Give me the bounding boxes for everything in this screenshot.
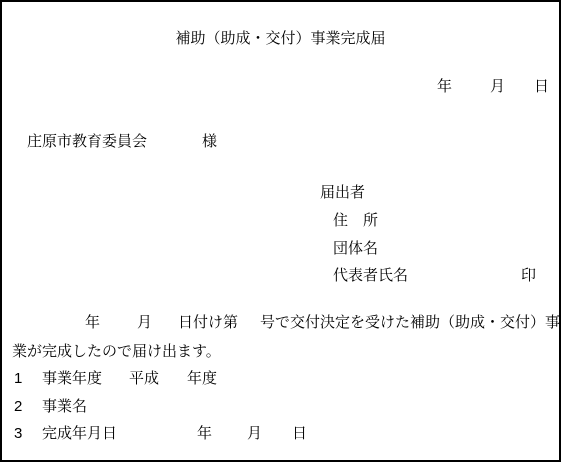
addressee-name: 庄原市教育委員会 [27,133,147,151]
item-number: 3 [14,425,22,443]
body-line-1: 年 月 日付け第 号で交付決定を受けた補助（助成・交付）事 [2,314,559,332]
body-year-label: 年 [85,314,100,332]
addressee-line: 庄原市教育委員会 様 [2,133,559,151]
item-business-name: 2 事業名 [2,398,559,416]
body-line-2: 業が完成したので届け出ます。 [2,343,559,361]
item-label: 事業年度 [42,370,102,388]
organization-label: 団体名 [333,240,378,258]
seal-label: 印 [521,267,536,285]
body-day-prefix: 日付け第 [178,314,238,332]
header-month-label: 月 [490,78,505,96]
notifier-address-line: 住 所 [2,212,559,230]
notifier-representative-line: 代表者氏名 印 [2,267,559,285]
item-month-label: 月 [247,425,262,443]
item-number: 2 [14,398,22,416]
form-page: 補助（助成・交付）事業完成届 年 月 日 庄原市教育委員会 様 届出者 住 所 … [0,0,561,462]
item-year-label: 年 [197,425,212,443]
notifier-heading: 届出者 [320,184,365,202]
document-title: 補助（助成・交付）事業完成届 [2,30,559,48]
header-date-line: 年 月 日 [2,78,559,96]
item-era-label: 平成 [129,370,159,388]
body-line-2-text: 業が完成したので届け出ます。 [12,343,221,361]
item-completion-date: 3 完成年月日 年 月 日 [2,425,559,443]
item-year-suffix: 年度 [187,370,217,388]
body-number-suffix: 号で交付決定を受けた補助（助成・交付）事 [260,314,560,332]
item-number: 1 [14,370,22,388]
address-label: 住 所 [333,212,378,230]
item-label: 完成年月日 [42,425,117,443]
notifier-organization-line: 団体名 [2,240,559,258]
representative-label: 代表者氏名 [333,267,408,285]
body-month-label: 月 [137,314,152,332]
item-business-year: 1 事業年度 平成 年度 [2,370,559,388]
notifier-heading-line: 届出者 [2,184,559,202]
item-day-label: 日 [292,425,307,443]
item-label: 事業名 [42,398,87,416]
header-day-label: 日 [534,78,549,96]
header-year-label: 年 [437,78,452,96]
addressee-honorific: 様 [202,133,217,151]
